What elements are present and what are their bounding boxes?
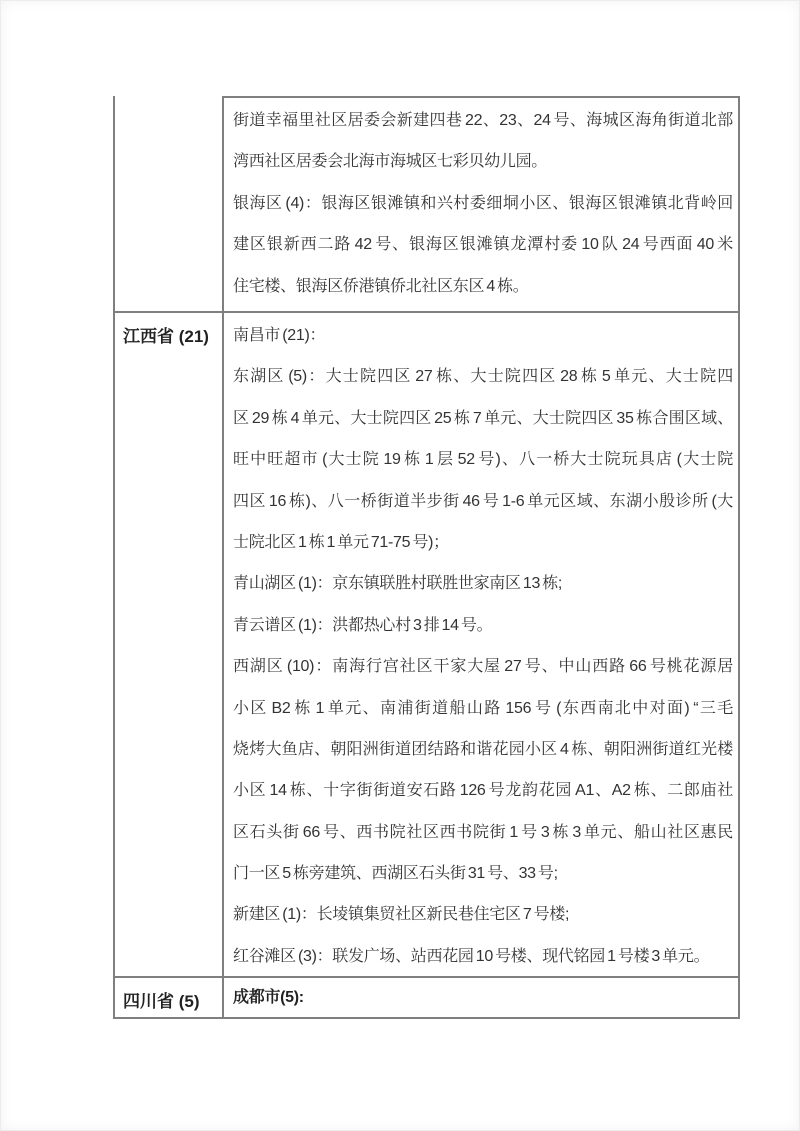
details-cell: 街道幸福里社区居委会新建四巷 22、23、24 号、海城区海角街道北部湾西社区居… (222, 96, 740, 311)
paragraph: 银海区 (4)：银海区银滩镇和兴村委细垌小区、银海区银滩镇北背岭回建区银新西二路… (233, 183, 733, 307)
text-line: 住宅楼、银海区侨港镇侨北社区东区 4 栋。 (233, 266, 733, 307)
text-line: 士院北区 1 栋 1 单元 71-75 号)； (233, 522, 733, 563)
paragraph: 青山湖区 (1)：京东镇联胜村联胜世家南区 13 栋; (233, 563, 733, 604)
province-cell: 江西省 (21) (113, 313, 222, 976)
paragraph: 成都市(5): (233, 981, 733, 1015)
text-line: 东湖区 (5)：大士院四区 27 栋、大士院四区 28 栋 5 单元、大士院四 (233, 356, 733, 397)
text-line: 湾西社区居委会北海市海城区七彩贝幼儿园。 (233, 141, 733, 182)
province-cell: 四川省 (5) (113, 978, 222, 1017)
province-label: 江西省 (21) (123, 317, 219, 357)
document-page: 街道幸福里社区居委会新建四巷 22、23、24 号、海城区海角街道北部湾西社区居… (0, 0, 800, 1131)
text-line: 建区银新西二路 42 号、银海区银滩镇龙潭村委 10 队 24 号西面 40 米 (233, 224, 733, 265)
text-line: 门一区 5 栋旁建筑、西湖区石头街 31 号、33 号; (233, 853, 733, 894)
text-line: 区 29 栋 4 单元、大士院四区 25 栋 7 单元、大士院四区 35 栋合围… (233, 398, 733, 439)
paragraph: 红谷滩区 (3)：联发广场、站西花园 10 号楼、现代铭园 1 号楼 3 单元。 (233, 936, 733, 977)
paragraph: 南昌市 (21)： (233, 315, 733, 356)
province-label: 四川省 (5) (123, 982, 219, 1022)
text-line: 小区 14 栋、十字街街道安石路 126 号龙韵花园 A1、A2 栋、二郎庙社 (233, 770, 733, 811)
text-line: 青山湖区 (1)：京东镇联胜村联胜世家南区 13 栋; (233, 563, 733, 604)
table-row-jiangxi: 江西省 (21) 南昌市 (21)：东湖区 (5)：大士院四区 27 栋、大士院… (113, 313, 740, 978)
text-line: 南昌市 (21)： (233, 315, 733, 356)
paragraph: 青云谱区 (1)：洪都热心村 3 排 14 号。 (233, 605, 733, 646)
text-line: 银海区 (4)：银海区银滩镇和兴村委细垌小区、银海区银滩镇北背岭回 (233, 183, 733, 224)
text-line: 新建区 (1)：长堎镇集贸社区新民巷住宅区 7 号楼; (233, 894, 733, 935)
text-line: 小区 B2 栋 1 单元、南浦街道船山路 156 号 (东西南北中对面) “三毛 (233, 688, 733, 729)
text-line: 成都市(5): (233, 981, 733, 1015)
risk-area-table: 街道幸福里社区居委会新建四巷 22、23、24 号、海城区海角街道北部湾西社区居… (113, 96, 740, 1019)
details-cell: 南昌市 (21)：东湖区 (5)：大士院四区 27 栋、大士院四区 28 栋 5… (222, 313, 740, 976)
paragraph: 西湖区 (10)：南海行宫社区干家大屋 27 号、中山西路 66 号桃花源居小区… (233, 646, 733, 894)
text-line: 西湖区 (10)：南海行宫社区干家大屋 27 号、中山西路 66 号桃花源居 (233, 646, 733, 687)
text-line: 烧烤大鱼店、朝阳洲街道团结路和谐花园小区 4 栋、朝阳洲街道红光楼 (233, 729, 733, 770)
text-line: 街道幸福里社区居委会新建四巷 22、23、24 号、海城区海角街道北部 (233, 100, 733, 141)
details-cell: 成都市(5): (222, 978, 740, 1017)
text-line: 区石头街 66 号、西书院社区西书院街 1 号 3 栋 3 单元、船山社区惠民 (233, 812, 733, 853)
province-cell (113, 96, 222, 311)
table-row-sichuan: 四川省 (5) 成都市(5): (113, 978, 740, 1019)
text-line: 四区 16 栋)、八一桥街道半步街 46 号 1-6 单元区域、东湖小殷诊所 (… (233, 481, 733, 522)
table-row-continued: 街道幸福里社区居委会新建四巷 22、23、24 号、海城区海角街道北部湾西社区居… (113, 96, 740, 313)
text-line: 旺中旺超市 (大士院 19 栋 1 层 52 号)、八一桥大士院玩具店 (大士院 (233, 439, 733, 480)
paragraph: 街道幸福里社区居委会新建四巷 22、23、24 号、海城区海角街道北部湾西社区居… (233, 100, 733, 183)
text-line: 青云谱区 (1)：洪都热心村 3 排 14 号。 (233, 605, 733, 646)
text-line: 红谷滩区 (3)：联发广场、站西花园 10 号楼、现代铭园 1 号楼 3 单元。 (233, 936, 733, 977)
paragraph: 新建区 (1)：长堎镇集贸社区新民巷住宅区 7 号楼; (233, 894, 733, 935)
paragraph: 东湖区 (5)：大士院四区 27 栋、大士院四区 28 栋 5 单元、大士院四区… (233, 356, 733, 563)
